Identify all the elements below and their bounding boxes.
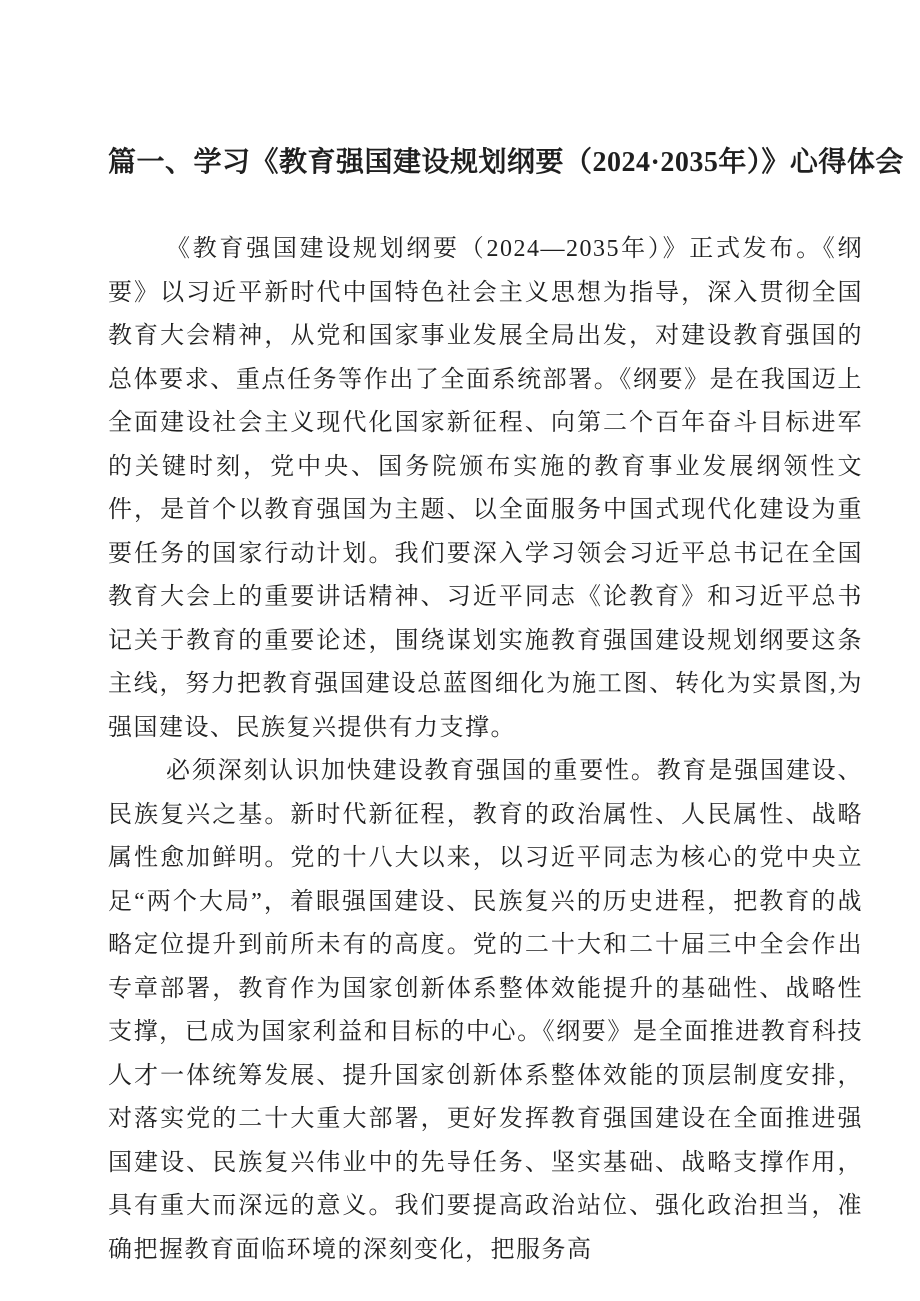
document-page: 篇一、学习《教育强国建设规划纲要（2024·2035年）》心得体会 《教育强国建… xyxy=(0,0,920,1301)
paragraph-2: 必须深刻认识加快建设教育强国的重要性。教育是强国建设、民族复兴之基。新时代新征程… xyxy=(108,750,863,1272)
paragraph-1: 《教育强国建设规划纲要（2024—2035年）》正式发布。《纲要》以习近平新时代… xyxy=(108,228,863,750)
document-title: 篇一、学习《教育强国建设规划纲要（2024·2035年）》心得体会 xyxy=(108,141,863,185)
